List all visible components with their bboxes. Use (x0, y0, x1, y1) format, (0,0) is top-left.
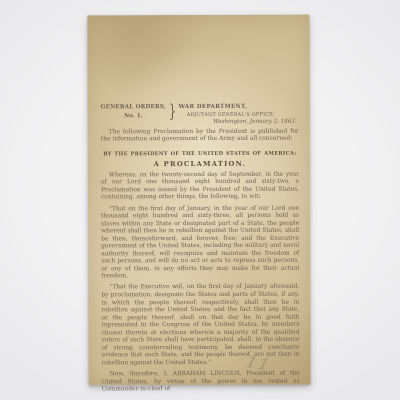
document-page: GENERAL ORDERS, No. 1. } WAR DEPARTMENT,… (87, 15, 310, 386)
masthead: GENERAL ORDERS, No. 1. } WAR DEPARTMENT,… (101, 104, 299, 126)
paragraph-now-therefore: Now, therefore, I, ABRAHAM LINCOLN, Pres… (102, 371, 300, 394)
paragraph-first-day-january: “That on the first day of January, in th… (101, 205, 299, 281)
war-department-label: WAR DEPARTMENT, (179, 104, 299, 110)
publication-notice: The following Proclamation by the Presid… (101, 129, 299, 145)
adjutant-generals-office-label: ADJUTANT GENERAL'S OFFICE, (179, 111, 299, 117)
general-orders-block: GENERAL ORDERS, No. 1. } (101, 104, 179, 119)
byline: BY THE PRESIDENT OF THE UNITED STATES OF… (101, 150, 299, 157)
document-text-column: GENERAL ORDERS, No. 1. } WAR DEPARTMENT,… (101, 104, 300, 394)
brace-glyph: } (169, 104, 176, 119)
order-number: No. 1. (101, 113, 166, 119)
war-department-block: WAR DEPARTMENT, ADJUTANT GENERAL'S OFFIC… (179, 104, 299, 125)
dateline: Washington, January 2, 1863. (179, 119, 299, 125)
proclamation-title: A PROCLAMATION. (101, 160, 299, 169)
general-orders-label: GENERAL ORDERS, (101, 104, 166, 110)
paragraph-whereas: Whereas, on the twenty-second day of Sep… (101, 171, 299, 202)
photo-background: GENERAL ORDERS, No. 1. } WAR DEPARTMENT,… (0, 0, 400, 400)
